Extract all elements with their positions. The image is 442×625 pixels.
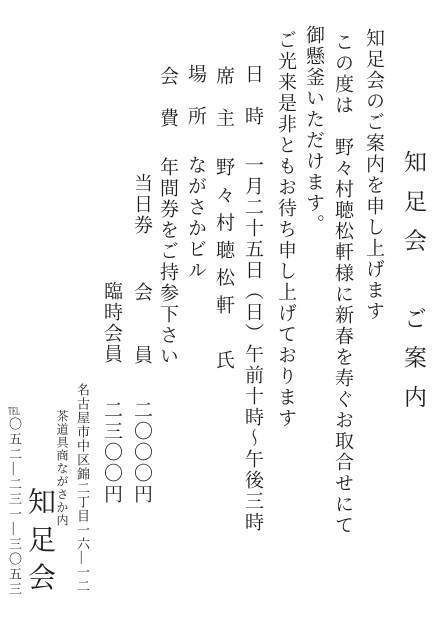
tel-number: 〇五二―二三一―三〇五三 [7,417,22,597]
host-value: 野々村聴松軒 氏 [213,157,234,377]
datetime-row: 日 時一月二十五日（日）午前十時～午後三時 [243,64,262,533]
day-ticket-column: 当日券会 員二〇〇〇円 [132,173,151,505]
datetime-value: 一月二十五日（日）午前十時～午後三時 [242,155,263,533]
fee-value: 年間券をご持参下さい [157,157,178,367]
temporary-member-label: 臨時会員 [101,281,122,365]
place-value: ながさかビル [185,155,206,281]
host-row: 席 主野々村聴松軒 氏 [214,66,233,377]
body-line-occasion: この度は 野々村聴松軒様に新春を寿ぐお取合せにて [333,32,352,536]
place-label: 場 所 [185,64,206,127]
tel-label: TEL [8,406,20,417]
organization-signature: 知足会 [25,487,53,600]
address: 名古屋市中区錦二丁目一六―一二 [76,383,89,593]
invitation-sheet: 知足会 ご案内 知足会のご案内を申し上げます この度は 野々村聴松軒様に新春を寿… [0,0,442,625]
temporary-member-price: 二三〇〇円 [101,400,122,505]
temporary-member-column: 臨時会員二三〇〇円 [102,281,121,505]
host-label: 席 主 [213,66,234,129]
datetime-label: 日 時 [242,64,263,127]
body-line-greeting: 知足会のご案内を申し上げます [364,28,383,322]
body-line-invitation: ご光来是非ともお待ち申し上げております [276,30,295,429]
day-ticket-label: 当日券 [131,173,152,236]
fee-row: 会 費年間券をご持参下さい [158,66,177,367]
place-row: 場 所ながさかビル [186,64,205,281]
document-title: 知足会 ご案内 [402,150,425,424]
tel: TEL〇五二―二三一―三〇五三 [8,406,21,597]
care-of: 茶道具商ながさか内 [56,410,68,527]
fee-label: 会 費 [157,66,178,129]
member-price: 二〇〇〇円 [131,400,152,505]
member-label: 会 員 [131,282,152,366]
body-line-kettle: 御懸釜いただけます。 [304,25,323,235]
